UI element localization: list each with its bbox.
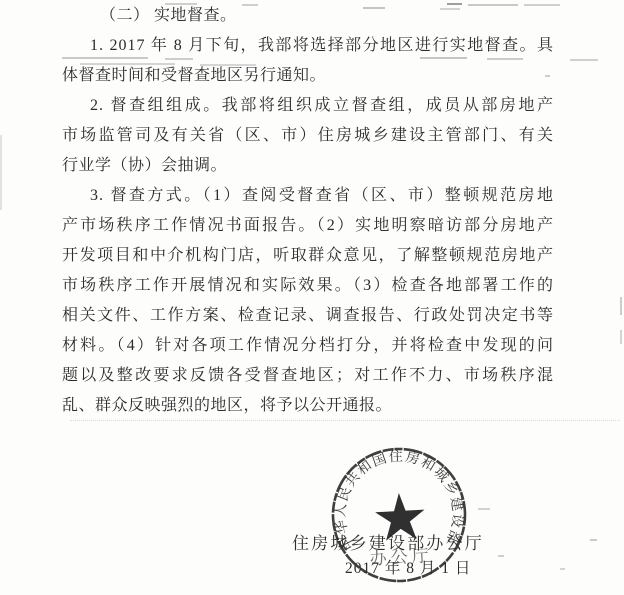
document-line: 市场秩序工作开展情况和实际效果。（3）检查各地部署工作的 <box>62 271 554 301</box>
document-line: 行业学（协）会抽调。 <box>62 151 554 181</box>
signature-date: 2017 年 8 月 1 日 <box>345 556 471 578</box>
scan-artifact <box>478 508 490 510</box>
scan-artifact <box>620 330 622 344</box>
document-line: （二） 实地督查。 <box>62 1 554 31</box>
scan-artifact <box>498 555 504 557</box>
document-body: （二） 实地督查。1. 2017 年 8 月下旬，我部将选择部分地区进行实地督查… <box>62 1 554 421</box>
document-line: 开发项目和中介机构门店，听取群众意见，了解整顿规范房地产 <box>62 241 554 271</box>
document-line: 1. 2017 年 8 月下旬，我部将选择部分地区进行实地督查。具 <box>62 31 554 61</box>
document-line: 市场监管司及有关省（区、市）住房城乡建设主管部门、有关 <box>62 121 554 151</box>
document-line: 产市场秩序工作情况书面报告。（2）实地明察暗访部分房地产 <box>62 211 554 241</box>
document-line: 3. 督查方式。（1）查阅受督查省（区、市）整顿规范房地 <box>62 181 554 211</box>
document-line: 题以及整改要求反馈各受督查地区；对工作不力、市场秩序混 <box>62 361 554 391</box>
scan-artifact <box>620 297 622 315</box>
document-line: 材料。（4）针对各项工作情况分档打分，并将检查中发现的问 <box>62 331 554 361</box>
scan-artifact <box>560 568 565 570</box>
star-icon <box>374 492 426 542</box>
scan-artifact <box>570 59 598 61</box>
scan-artifact <box>590 539 597 541</box>
document-line: 相关文件、工作方案、检查记录、调查报告、行政处罚决定书等 <box>62 301 554 331</box>
document-line: 2. 督查组组成。我部将组织成立督查组，成员从部房地产 <box>62 91 554 121</box>
document-line: 体督查时间和受督查地区另行通知。 <box>62 61 554 91</box>
document-line: 乱、群众反映强烈的地区，将予以公开通报。 <box>62 391 554 421</box>
scan-artifact <box>0 135 2 210</box>
scanned-document-page: （二） 实地督查。1. 2017 年 8 月下旬，我部将选择部分地区进行实地督查… <box>0 0 624 595</box>
